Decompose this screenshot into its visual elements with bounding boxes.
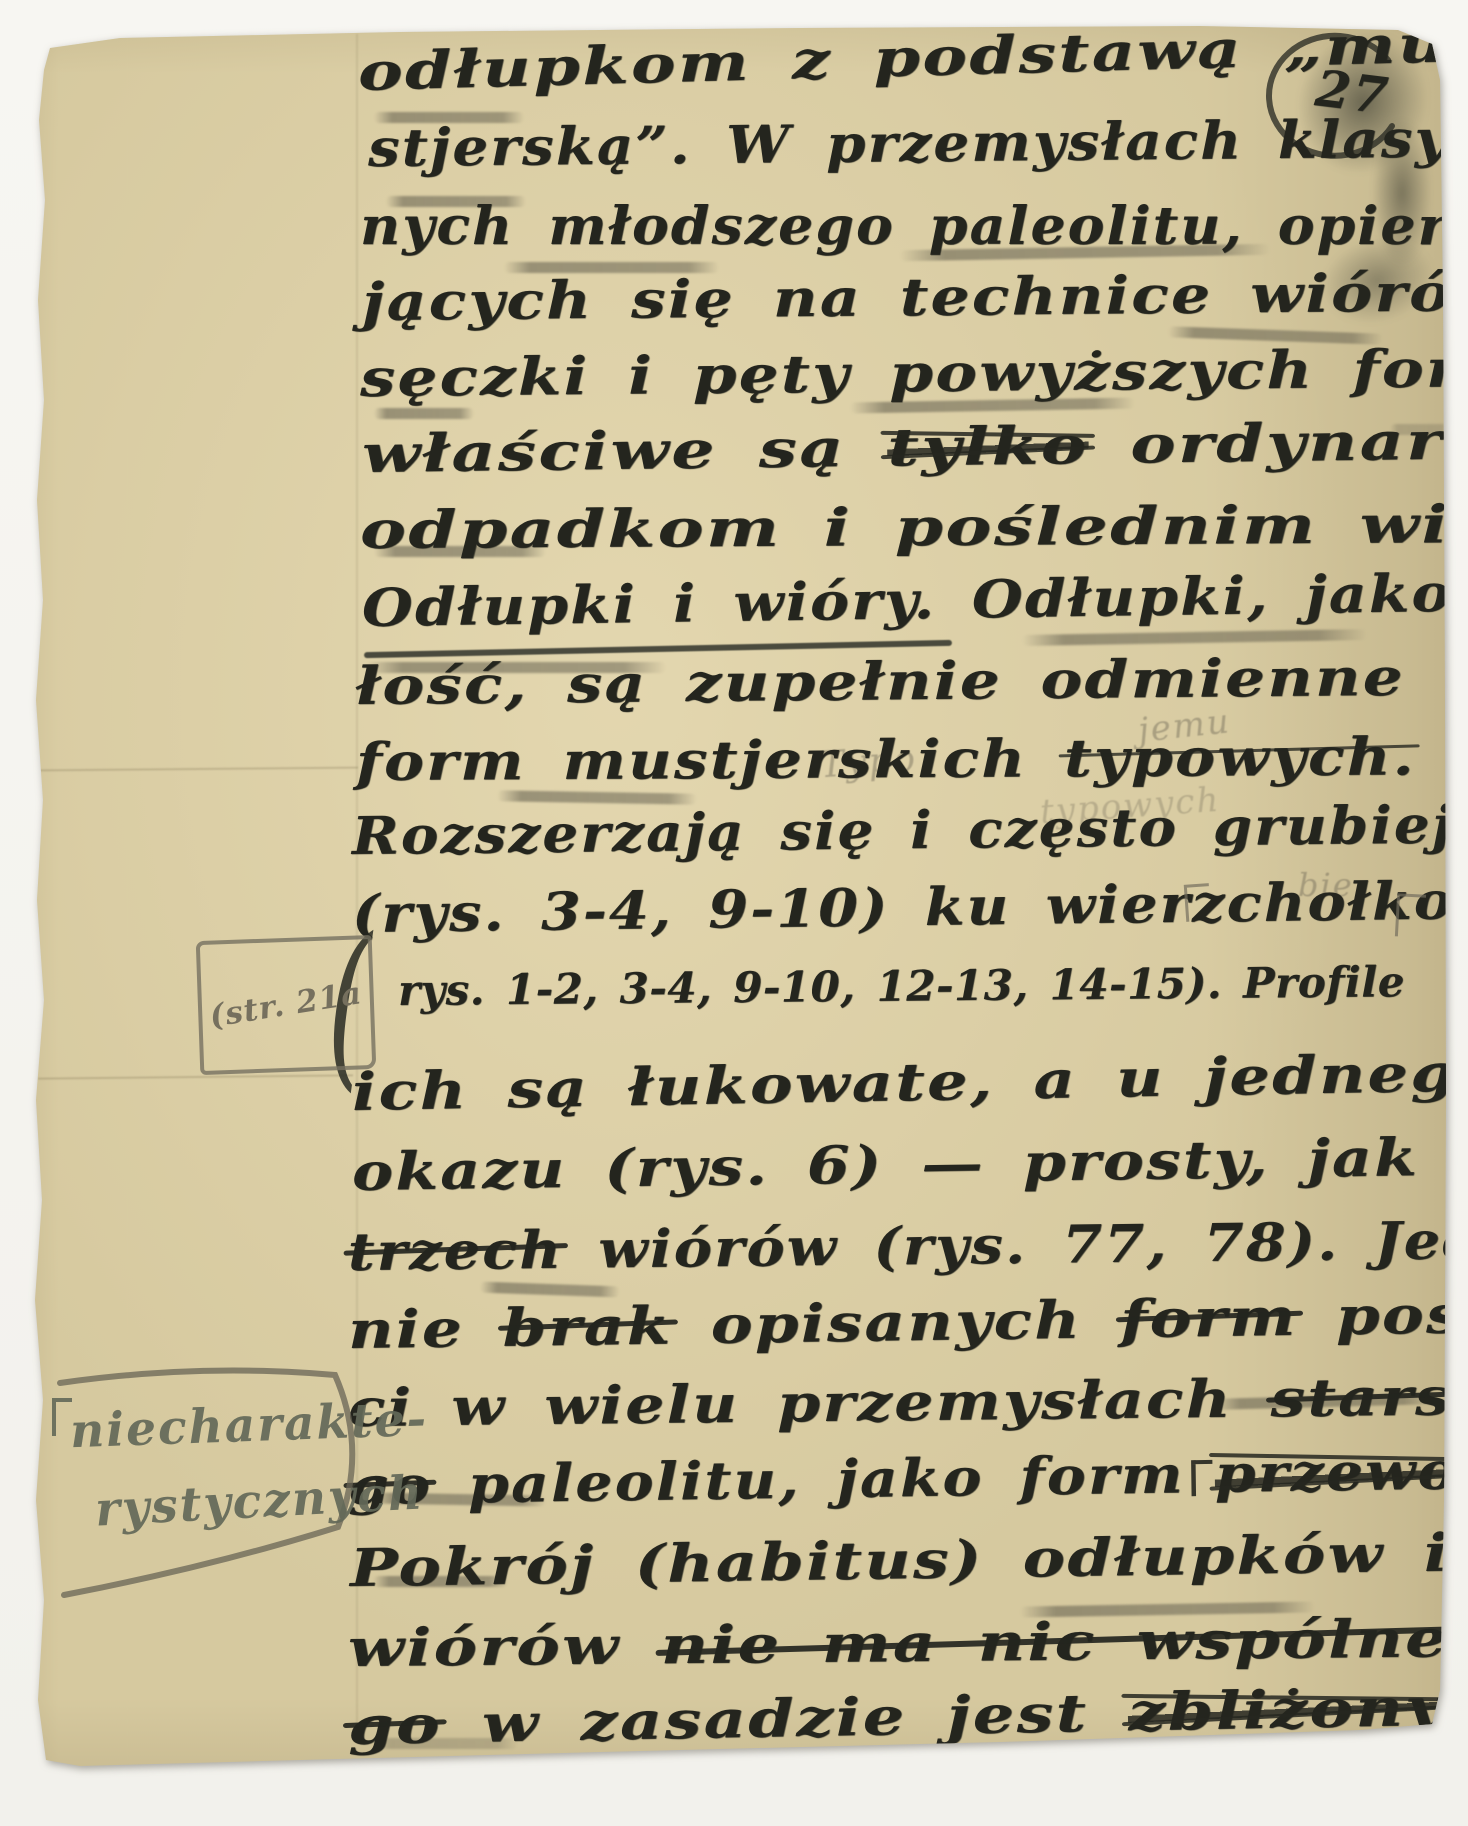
struck-word: brak xyxy=(502,1295,673,1358)
handwritten-line-12: (rys. 3-4, 9-10) ku wierzchołkom xyxy=(352,870,1468,945)
handwritten-line-20: Pokrój (habitus) odłupków i xyxy=(350,1523,1451,1599)
line-text: posta- xyxy=(1297,1283,1468,1348)
line-text: wiórów (rys. 77, 78). Jednak xyxy=(563,1209,1468,1281)
line-text: nie xyxy=(348,1298,503,1361)
line-text: form xyxy=(356,731,563,793)
line-text: ich są łukowate, a u jednego xyxy=(351,1042,1468,1123)
line-text: ci w wielu przemysłach xyxy=(348,1368,1271,1439)
handwritten-line-4: jących się na technice wiórów, xyxy=(362,262,1468,333)
line-text: w zasadzie jest xyxy=(441,1682,1129,1755)
pencil-smear xyxy=(374,408,474,419)
handwritten-line-8: Odłupki i wióry. Odłupki, jako ca- xyxy=(362,561,1468,639)
manuscript-page: 27 Typo jemu typowych bie odłupkom z pod… xyxy=(0,0,1468,1826)
line-text: ordynarnym xyxy=(1088,409,1468,476)
line-text: jących się na technice wiórów, xyxy=(362,262,1468,333)
pencil-bracket-mark xyxy=(1184,883,1212,922)
handwritten-line-21: wiórów nie ma nic wspólne- xyxy=(348,1608,1468,1679)
margin-figure-reference-box: (str. 21a xyxy=(196,935,377,1075)
pencil-smear xyxy=(480,1282,620,1298)
line-text: łość, są zupełnie odmienne od xyxy=(356,646,1468,717)
pencil-bracket-mark xyxy=(1395,893,1426,937)
struck-word: form xyxy=(1120,1287,1298,1350)
struck-word: go xyxy=(347,1694,442,1757)
handwritten-line-6: właściwe są tylko ordynarnym xyxy=(362,409,1468,485)
handwritten-line-14: ich są łukowate, a u jednego xyxy=(351,1042,1468,1123)
line-text: odpadkom i poślednim wiórom. xyxy=(360,493,1468,561)
struck-word: typowych. xyxy=(1064,726,1416,789)
scribbled-out-word: tylko xyxy=(887,415,1089,478)
scanner-background: 27 Typo jemu typowych bie odłupkom z pod… xyxy=(0,0,1468,1826)
handwritten-line-22: go w zasadzie jest zbliżony xyxy=(347,1677,1445,1757)
line-text: opisanych xyxy=(672,1289,1121,1356)
line-text: nych młodszego paleolitu, opiera- xyxy=(360,196,1468,257)
handwritten-line-11: Rozszerzają się i często grubieją xyxy=(352,794,1468,867)
line-text: sęczki i pęty powyższych form xyxy=(360,338,1468,409)
line-text: stjerską”. W przemysłach klasycz- xyxy=(368,108,1468,179)
underlined-word: mustjerskich xyxy=(562,728,1064,792)
scribbled-out-word: zbliżony xyxy=(1128,1677,1446,1744)
handwritten-line-3: nych młodszego paleolitu, opiera- xyxy=(360,196,1468,257)
paper-sheet: 27 Typo jemu typowych bie odłupkom z pod… xyxy=(0,0,1468,1826)
handwritten-line-13: rys. 1-2, 3-4, 9-10, 12-13, 14-15). Prof… xyxy=(398,957,1405,1015)
section-heading: Odłupki i wióry. xyxy=(362,570,937,639)
line-text: paleolitu, jako form xyxy=(432,1444,1185,1516)
line-text: (rys. 3-4, 9-10) ku wierzchołkom xyxy=(352,870,1468,945)
line-text: Pokrój (habitus) odłupków i xyxy=(350,1523,1451,1599)
horizontal-crease xyxy=(38,767,358,772)
handwritten-line-2: stjerską”. W przemysłach klasycz- xyxy=(368,108,1468,179)
handwritten-line-7: odpadkom i poślednim wiórom. xyxy=(360,493,1468,561)
line-text: Rozszerzają się i często grubieją xyxy=(352,794,1468,867)
handwritten-line-10: form mustjerskich typowych. xyxy=(356,726,1416,793)
struck-word: trzech xyxy=(348,1220,564,1283)
handwritten-line-15: okazu (rys. 6) — prosty, jak u xyxy=(352,1126,1468,1203)
handwritten-line-17: nie brak opisanych form posta- xyxy=(348,1283,1468,1361)
pencil-smear xyxy=(1022,629,1367,646)
horizontal-crease xyxy=(38,1074,353,1079)
margin-figure-reference: (str. 21a xyxy=(207,975,364,1035)
handwritten-line-16: trzech wiórów (rys. 77, 78). Jednak xyxy=(348,1209,1468,1283)
line-text: okazu (rys. 6) — prosty, jak u xyxy=(352,1126,1468,1203)
struck-phrase: nie ma nic wspólne- xyxy=(660,1608,1468,1676)
line-text: wiórów xyxy=(348,1615,661,1679)
line-text: rys. 1-2, 3-4, 9-10, 12-13, 14-15). Prof… xyxy=(398,957,1405,1015)
handwritten-line-9: łość, są zupełnie odmienne od xyxy=(356,646,1468,717)
handwritten-line-18: ci w wielu przemysłach starsze- xyxy=(348,1365,1468,1439)
handwritten-line-19: go paleolitu, jako formprzewodnich. xyxy=(348,1437,1468,1517)
insertion-caret-mark xyxy=(1191,1460,1212,1497)
line-text: właściwe są xyxy=(362,418,888,485)
scribbled-out-word: przewodnich xyxy=(1214,1438,1468,1505)
struck-word: starsze- xyxy=(1270,1365,1468,1429)
handwritten-line-5: sęczki i pęty powyższych form xyxy=(360,338,1468,409)
line-text: Odłupki, jako ca- xyxy=(936,561,1468,631)
